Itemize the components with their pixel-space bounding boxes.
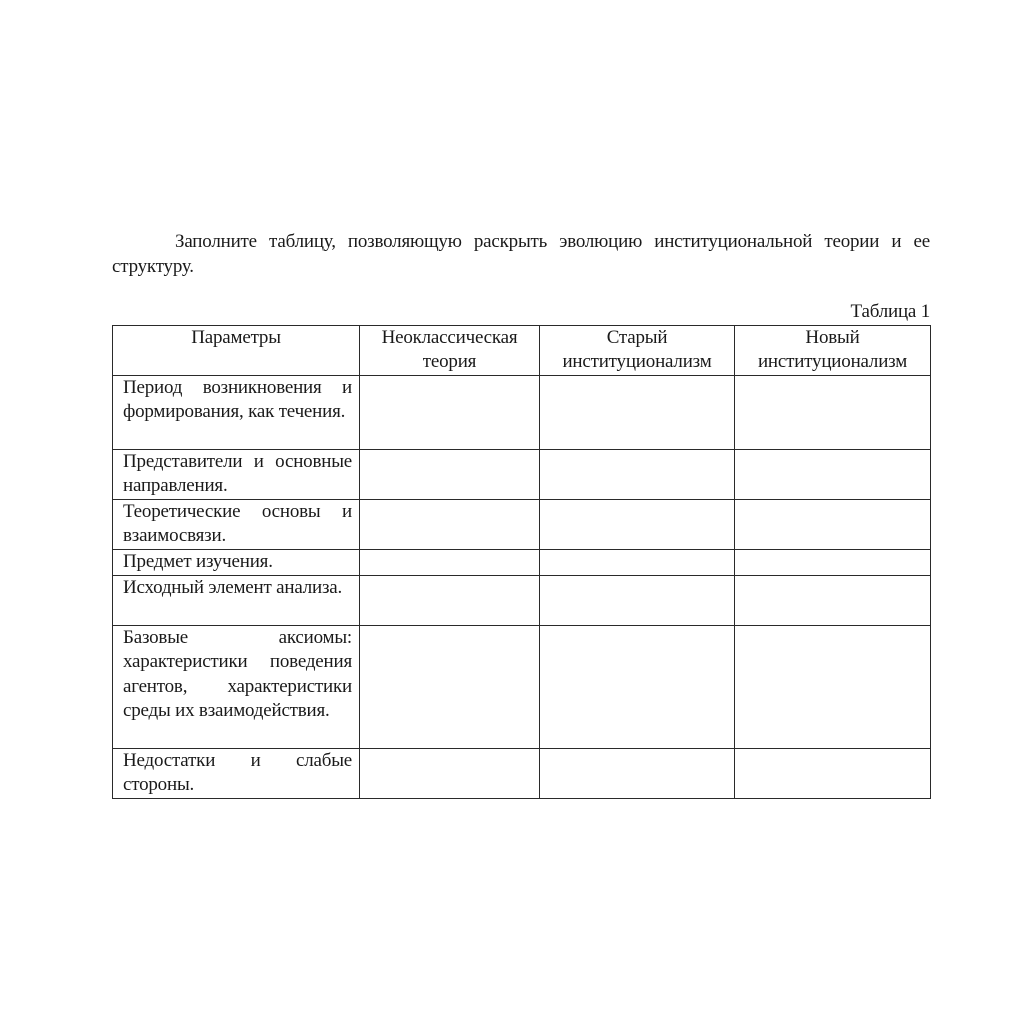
- header-parameters: Параметры: [113, 326, 360, 376]
- table-row: Предмет изучения.: [113, 550, 931, 576]
- neoclassical-cell[interactable]: [360, 576, 540, 626]
- parameter-cell: Базовые аксиомы: характеристики поведени…: [113, 626, 360, 749]
- table-row: Исходный элемент анализа.: [113, 576, 931, 626]
- table-row: Представители и основные направления.: [113, 450, 931, 500]
- parameter-cell: Исходный элемент анализа.: [113, 576, 360, 626]
- old-institutionalism-cell[interactable]: [540, 500, 735, 550]
- new-institutionalism-cell[interactable]: [735, 376, 931, 450]
- new-institutionalism-cell[interactable]: [735, 749, 931, 799]
- new-institutionalism-cell[interactable]: [735, 450, 931, 500]
- document-page: Заполните таблицу, позволяющую раскрыть …: [0, 0, 1024, 1024]
- parameter-cell: Недостатки и слабые стороны.: [113, 749, 360, 799]
- neoclassical-cell[interactable]: [360, 500, 540, 550]
- table-header-row: Параметры Неоклассическая теория Старый …: [113, 326, 931, 376]
- old-institutionalism-cell[interactable]: [540, 626, 735, 749]
- new-institutionalism-cell[interactable]: [735, 550, 931, 576]
- neoclassical-cell[interactable]: [360, 749, 540, 799]
- neoclassical-cell[interactable]: [360, 550, 540, 576]
- table-row: Период возникновения и формирования, как…: [113, 376, 931, 450]
- neoclassical-cell[interactable]: [360, 376, 540, 450]
- old-institutionalism-cell[interactable]: [540, 450, 735, 500]
- neoclassical-cell[interactable]: [360, 626, 540, 749]
- parameter-cell: Теоретические основы и взаимосвязи.: [113, 500, 360, 550]
- header-new-institutionalism: Новый институционализм: [735, 326, 931, 376]
- old-institutionalism-cell[interactable]: [540, 749, 735, 799]
- instruction-paragraph: Заполните таблицу, позволяющую раскрыть …: [112, 229, 930, 279]
- parameter-cell: Предмет изучения.: [113, 550, 360, 576]
- old-institutionalism-cell[interactable]: [540, 550, 735, 576]
- neoclassical-cell[interactable]: [360, 450, 540, 500]
- old-institutionalism-cell[interactable]: [540, 376, 735, 450]
- new-institutionalism-cell[interactable]: [735, 500, 931, 550]
- new-institutionalism-cell[interactable]: [735, 576, 931, 626]
- table-row: Теоретические основы и взаимосвязи.: [113, 500, 931, 550]
- header-old-institutionalism: Старый институционализм: [540, 326, 735, 376]
- table-row: Базовые аксиомы: характеристики поведени…: [113, 626, 931, 749]
- parameter-cell: Период возникновения и формирования, как…: [113, 376, 360, 450]
- instruction-text: Заполните таблицу, позволяющую раскрыть …: [112, 231, 930, 277]
- table-row: Недостатки и слабые стороны.: [113, 749, 931, 799]
- old-institutionalism-cell[interactable]: [540, 576, 735, 626]
- parameter-cell: Представители и основные направления.: [113, 450, 360, 500]
- header-neoclassical-theory: Неоклассическая теория: [360, 326, 540, 376]
- institutional-theory-table: Параметры Неоклассическая теория Старый …: [112, 325, 931, 799]
- new-institutionalism-cell[interactable]: [735, 626, 931, 749]
- table-caption: Таблица 1: [851, 300, 930, 324]
